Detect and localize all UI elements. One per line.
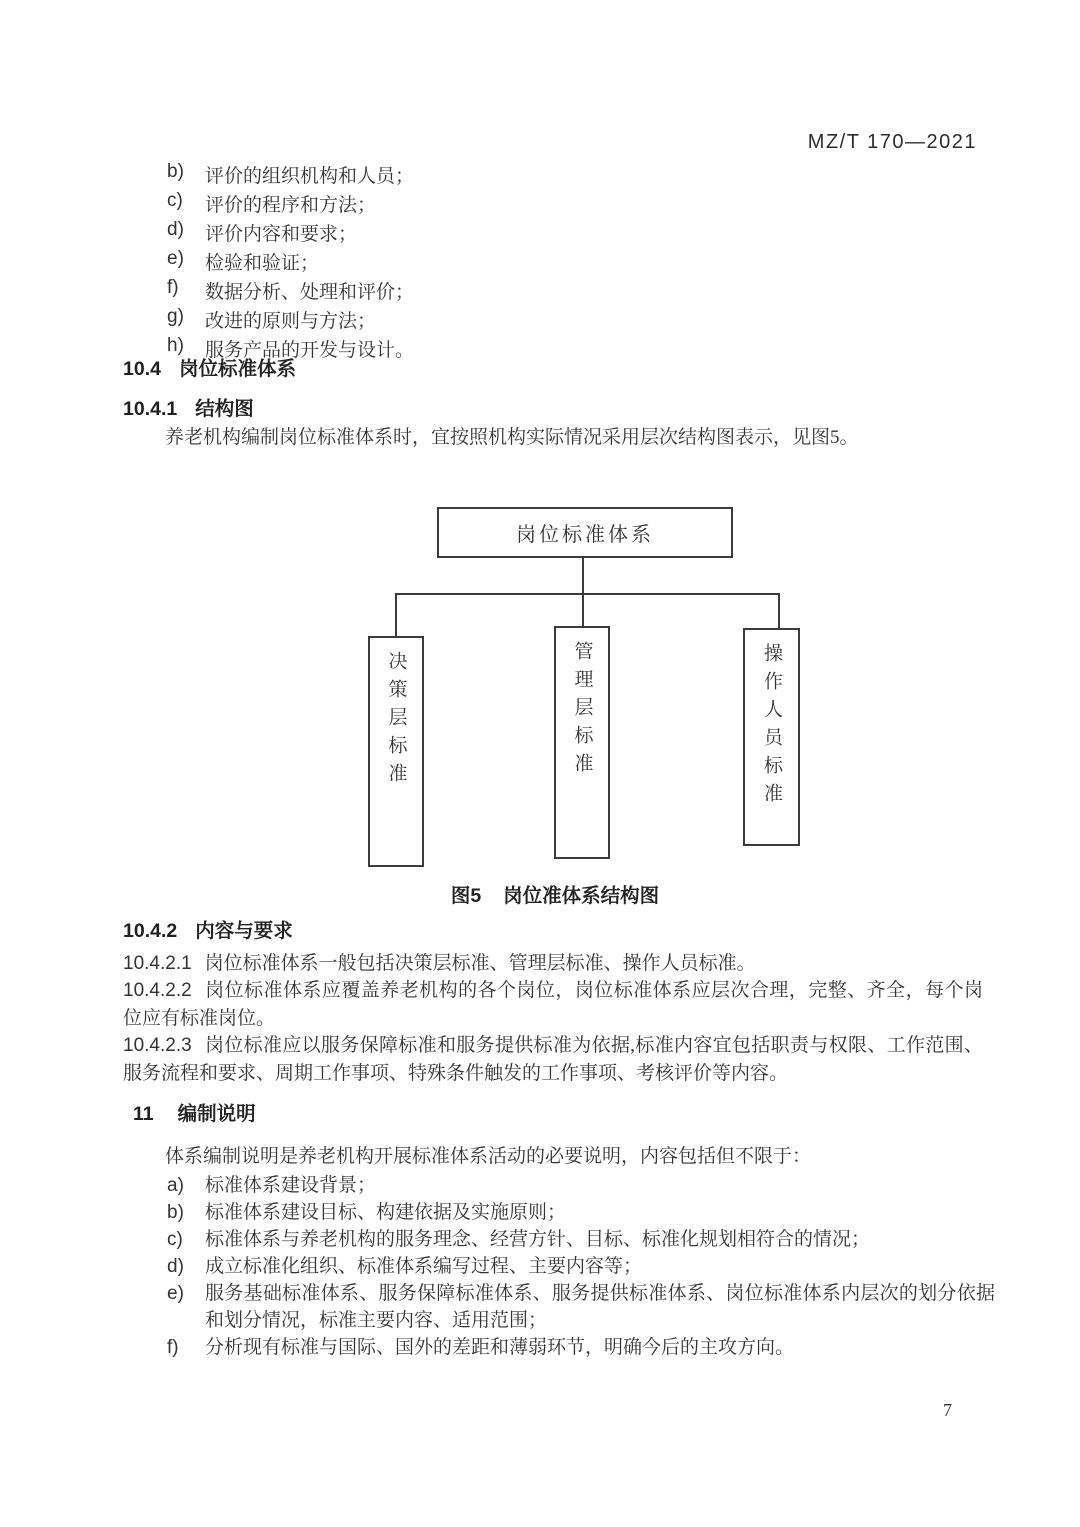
diagram-child-label: 操作人员标准 (762, 643, 781, 811)
figure-caption-title: 岗位准体系结构图 (503, 885, 659, 907)
paragraph-number: 10.4.2.1 (123, 953, 192, 974)
page-number: 7 (943, 1400, 952, 1421)
list-item-text: 数据分析、处理和评价； (205, 277, 414, 304)
list-item-letter: f) (167, 277, 205, 299)
list-item-letter: d) (167, 219, 205, 241)
heading-title: 结构图 (195, 398, 254, 420)
paragraph-10-4-2-1: 10.4.2.1岗位标准体系一般包括决策层标准、管理层标准、操作人员标准。 (123, 950, 985, 978)
list-item-letter: d) (167, 1253, 205, 1280)
paragraph-10-4-2-2: 10.4.2.2岗位标准体系应覆盖养老机构的各个岗位，岗位标准体系应层次合理，完… (123, 977, 983, 1032)
document-page: MZ/T 170—2021 b) 评价的组织机构和人员； c) 评价的程序和方法… (0, 0, 1080, 1527)
heading-number: 10.4.1 (123, 398, 177, 420)
list-item: e) 服务基础标准体系、服务保障标准体系、服务提供标准体系、岗位标准体系内层次的… (167, 1280, 997, 1334)
list-item: f) 分析现有标准与国际、国外的差距和薄弱环节，明确今后的主攻方向。 (167, 1334, 997, 1361)
list-item-letter: e) (167, 248, 205, 270)
paragraph-text: 岗位标准体系一般包括决策层标准、管理层标准、操作人员标准。 (205, 953, 756, 974)
heading-10-4-2: 10.4.2内容与要求 (123, 915, 293, 943)
paragraph-10-4-1: 养老机构编制岗位标准体系时，宜按照机构实际情况采用层次结构图表示，见图5。 (165, 424, 1005, 451)
heading-number: 11 (133, 1103, 154, 1125)
list-item-text: 服务基础标准体系、服务保障标准体系、服务提供标准体系、岗位标准体系内层次的划分依… (205, 1280, 995, 1334)
connector-drop-right (778, 593, 780, 628)
document-code-header: MZ/T 170—2021 (808, 131, 977, 154)
list-item-text: 评价的组织机构和人员； (205, 161, 414, 188)
diagram-child-box-decision: 决策层标准 (368, 636, 424, 867)
list-item-letter: e) (167, 1280, 205, 1334)
heading-11: 11编制说明 (133, 1098, 256, 1126)
paragraph-number: 10.4.2.2 (123, 980, 192, 1001)
list-item-letter: f) (167, 1334, 205, 1361)
paragraph-11-intro: 体系编制说明是养老机构开展标准体系活动的必要说明，内容包括但不限于： (165, 1143, 1005, 1170)
list-item: b) 评价的组织机构和人员； (167, 161, 867, 190)
list-item-text: 标准体系建设背景； (205, 1172, 995, 1199)
compilation-items-list: a) 标准体系建设背景； b) 标准体系建设目标、构建依据及实施原则； c) 标… (167, 1172, 997, 1361)
list-item-letter: g) (167, 306, 205, 328)
diagram-root-box: 岗位标准体系 (437, 507, 733, 558)
list-item: a) 标准体系建设背景； (167, 1172, 997, 1199)
connector-stem-line (582, 558, 584, 594)
figure-caption-number: 图5 (451, 885, 481, 907)
connector-drop-middle (582, 593, 584, 626)
heading-number: 10.4.2 (123, 920, 177, 942)
list-item-text: 标准体系与养老机构的服务理念、经营方针、目标、标准化规划相符合的情况； (205, 1226, 995, 1253)
paragraph-text: 岗位标准应以服务保障标准和服务提供标准为依据,标准内容宜包括职责与权限、工作范围… (123, 1035, 983, 1084)
diagram-root-label: 岗位标准体系 (516, 518, 654, 547)
heading-10-4-1: 10.4.1结构图 (123, 393, 254, 421)
figure-caption: 图5岗位准体系结构图 (330, 880, 780, 908)
list-item: g) 改进的原则与方法； (167, 306, 867, 335)
paragraph-10-4-2-3: 10.4.2.3岗位标准应以服务保障标准和服务提供标准为依据,标准内容宜包括职责… (123, 1032, 983, 1087)
list-item-letter: b) (167, 1199, 205, 1226)
list-item: f) 数据分析、处理和评价； (167, 277, 867, 306)
paragraph-text: 岗位标准体系应覆盖养老机构的各个岗位，岗位标准体系应层次合理，完整、齐全，每个岗… (123, 980, 983, 1029)
diagram-child-box-operators: 操作人员标准 (743, 628, 800, 846)
list-item-text: 成立标准化组织、标准体系编写过程、主要内容等； (205, 1253, 995, 1280)
list-item-text: 评价内容和要求； (205, 219, 357, 246)
list-item-text: 评价的程序和方法； (205, 190, 376, 217)
connector-drop-left (395, 593, 397, 636)
heading-title: 编制说明 (178, 1103, 256, 1125)
list-item: d) 成立标准化组织、标准体系编写过程、主要内容等； (167, 1253, 997, 1280)
eval-items-list: b) 评价的组织机构和人员； c) 评价的程序和方法； d) 评价内容和要求； … (167, 161, 867, 364)
list-item-letter: c) (167, 190, 205, 212)
list-item: d) 评价内容和要求； (167, 219, 867, 248)
diagram-child-label: 管理层标准 (573, 641, 592, 781)
heading-title: 岗位标准体系 (179, 358, 296, 380)
heading-number: 10.4 (123, 358, 161, 380)
diagram-child-label: 决策层标准 (387, 651, 406, 791)
list-item-letter: c) (167, 1226, 205, 1253)
list-item-letter: b) (167, 161, 205, 183)
list-item-text: 检验和验证； (205, 248, 319, 275)
list-item-letter: a) (167, 1172, 205, 1199)
heading-10-4: 10.4岗位标准体系 (123, 353, 296, 381)
list-item-text: 改进的原则与方法； (205, 306, 376, 333)
list-item: c) 标准体系与养老机构的服务理念、经营方针、目标、标准化规划相符合的情况； (167, 1226, 997, 1253)
paragraph-number: 10.4.2.3 (123, 1035, 192, 1056)
list-item-text: 标准体系建设目标、构建依据及实施原则； (205, 1199, 995, 1226)
diagram-child-box-management: 管理层标准 (554, 626, 610, 859)
heading-title: 内容与要求 (195, 920, 293, 942)
list-item: e) 检验和验证； (167, 248, 867, 277)
list-item-text: 分析现有标准与国际、国外的差距和薄弱环节，明确今后的主攻方向。 (205, 1334, 995, 1361)
list-item: b) 标准体系建设目标、构建依据及实施原则； (167, 1199, 997, 1226)
list-item: c) 评价的程序和方法； (167, 190, 867, 219)
connector-horizontal-line (395, 593, 780, 595)
